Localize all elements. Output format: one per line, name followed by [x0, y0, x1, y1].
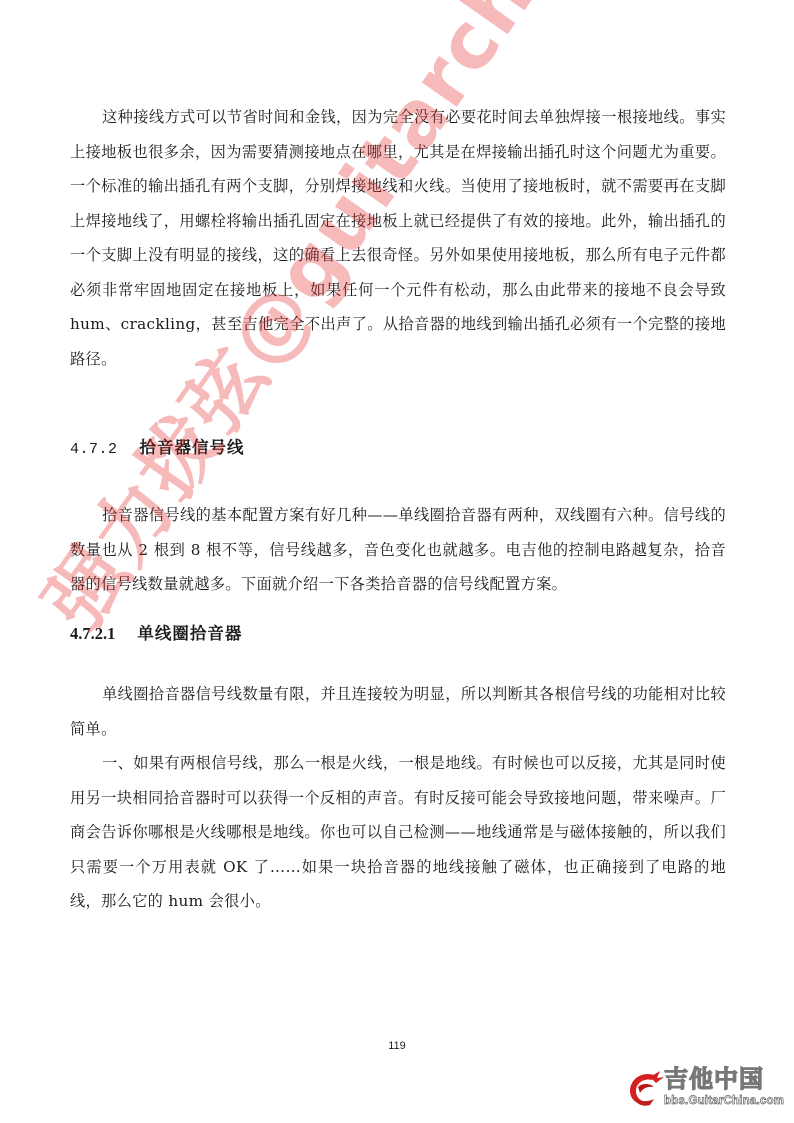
- section-number: 4.7.2: [70, 441, 118, 458]
- document-page: 这种接线方式可以节省时间和金钱，因为完全没有必要花时间去单独焊接一根接地线。事实…: [0, 0, 794, 1123]
- subsection-heading: 4.7.2.1单线圈拾音器: [70, 620, 242, 644]
- paragraph-single-coil-intro: 单线圈拾音器信号线数量有限，并且连接较为明显，所以判断其各根信号线的功能相对比较…: [70, 677, 726, 746]
- logo-title: 吉他中国: [664, 1065, 764, 1093]
- dragon-logo-icon: [624, 1069, 666, 1109]
- logo-url: bbs.GuitarChina.com: [664, 1094, 784, 1108]
- guitarchina-logo: 吉他中国 bbs.GuitarChina.com: [624, 1065, 786, 1111]
- subsection-number: 4.7.2.1: [70, 624, 115, 643]
- section-title: 拾音器信号线: [140, 438, 245, 457]
- paragraph-text: 拾音器信号线的基本配置方案有好几种——单线圈拾音器有两种，双线圈有六种。信号线的…: [70, 506, 726, 593]
- page-number: 119: [0, 1040, 794, 1052]
- paragraph-two-wires: 一、如果有两根信号线，那么一根是火线，一根是地线。有时候也可以反接，尤其是同时使…: [70, 746, 726, 919]
- paragraph-text: 单线圈拾音器信号线数量有限，并且连接较为明显，所以判断其各根信号线的功能相对比较…: [70, 685, 726, 738]
- subsection-title: 单线圈拾音器: [137, 624, 242, 643]
- section-heading: 4.7.2拾音器信号线: [70, 434, 245, 458]
- paragraph-text: 一、如果有两根信号线，那么一根是火线，一根是地线。有时候也可以反接，尤其是同时使…: [70, 754, 726, 910]
- paragraph-grounding-plate: 这种接线方式可以节省时间和金钱，因为完全没有必要花时间去单独焊接一根接地线。事实…: [70, 100, 726, 376]
- paragraph-signal-wires-intro: 拾音器信号线的基本配置方案有好几种——单线圈拾音器有两种，双线圈有六种。信号线的…: [70, 498, 726, 602]
- paragraph-text: 这种接线方式可以节省时间和金钱，因为完全没有必要花时间去单独焊接一根接地线。事实…: [70, 108, 726, 368]
